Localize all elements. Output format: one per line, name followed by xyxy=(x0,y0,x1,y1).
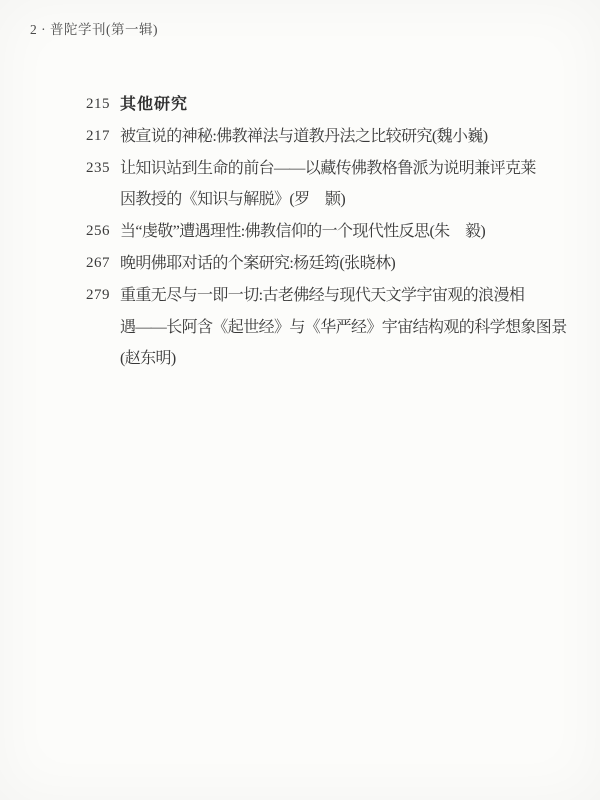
toc-entry-title: 让知识站到生命的前台——以藏传佛教格鲁派为说明兼评克莱因教授的《知识与解脱》(罗… xyxy=(120,153,556,217)
toc-entry-title: 重重无尽与一即一切:古老佛经与现代天文学宇宙观的浪漫相遇——长阿含《起世经》与《… xyxy=(120,280,556,375)
toc-entry: 217 被宣说的神秘:佛教禅法与道教丹法之比较研究(魏小巍) xyxy=(86,121,556,153)
toc-page-number: 215 xyxy=(86,89,120,121)
toc-entry-line: 重重无尽与一即一切:古老佛经与现代天文学宇宙观的浪漫相 xyxy=(120,280,556,312)
toc-entry-line: 晚明佛耶对话的个案研究:杨廷筠(张晓林) xyxy=(120,248,556,280)
toc-list: 215 其他研究 217 被宣说的神秘:佛教禅法与道教丹法之比较研究(魏小巍) … xyxy=(86,89,556,375)
toc-page-number: 267 xyxy=(86,248,120,280)
toc-entry-line: 当“虔敬”遭遇理性:佛教信仰的一个现代性反思(朱 毅) xyxy=(120,216,556,248)
toc-entry-line: 被宣说的神秘:佛教禅法与道教丹法之比较研究(魏小巍) xyxy=(120,121,556,153)
toc-page-number: 256 xyxy=(86,216,120,248)
toc-page-number: 235 xyxy=(86,153,120,185)
toc-entry-line: 因教授的《知识与解脱》(罗 颢) xyxy=(120,184,556,216)
toc-entry-title: 被宣说的神秘:佛教禅法与道教丹法之比较研究(魏小巍) xyxy=(120,121,556,153)
toc-page-number: 217 xyxy=(86,121,120,153)
toc-entry-title: 晚明佛耶对话的个案研究:杨廷筠(张晓林) xyxy=(120,248,556,280)
toc-entry: 279 重重无尽与一即一切:古老佛经与现代天文学宇宙观的浪漫相遇——长阿含《起世… xyxy=(86,280,556,375)
running-header: 2 · 普陀学刊(第一辑) xyxy=(30,18,158,38)
toc-entry-title: 其他研究 xyxy=(120,89,556,121)
scanned-page: 2 · 普陀学刊(第一辑) 215 其他研究 217 被宣说的神秘:佛教禅法与道… xyxy=(0,0,600,800)
toc-entry: 235 让知识站到生命的前台——以藏传佛教格鲁派为说明兼评克莱因教授的《知识与解… xyxy=(86,153,556,217)
toc-entry: 215 其他研究 xyxy=(86,89,556,121)
toc-page-number: 279 xyxy=(86,280,120,312)
toc-entry-line: (赵东明) xyxy=(120,343,556,375)
toc-entry: 267 晚明佛耶对话的个案研究:杨廷筠(张晓林) xyxy=(86,248,556,280)
toc-entry-line: 让知识站到生命的前台——以藏传佛教格鲁派为说明兼评克莱 xyxy=(120,153,556,185)
toc-entry-title: 当“虔敬”遭遇理性:佛教信仰的一个现代性反思(朱 毅) xyxy=(120,216,556,248)
toc-entry-line: 遇——长阿含《起世经》与《华严经》宇宙结构观的科学想象图景 xyxy=(120,312,556,344)
toc-entry: 256 当“虔敬”遭遇理性:佛教信仰的一个现代性反思(朱 毅) xyxy=(86,216,556,248)
toc-entry-line: 其他研究 xyxy=(120,89,556,121)
